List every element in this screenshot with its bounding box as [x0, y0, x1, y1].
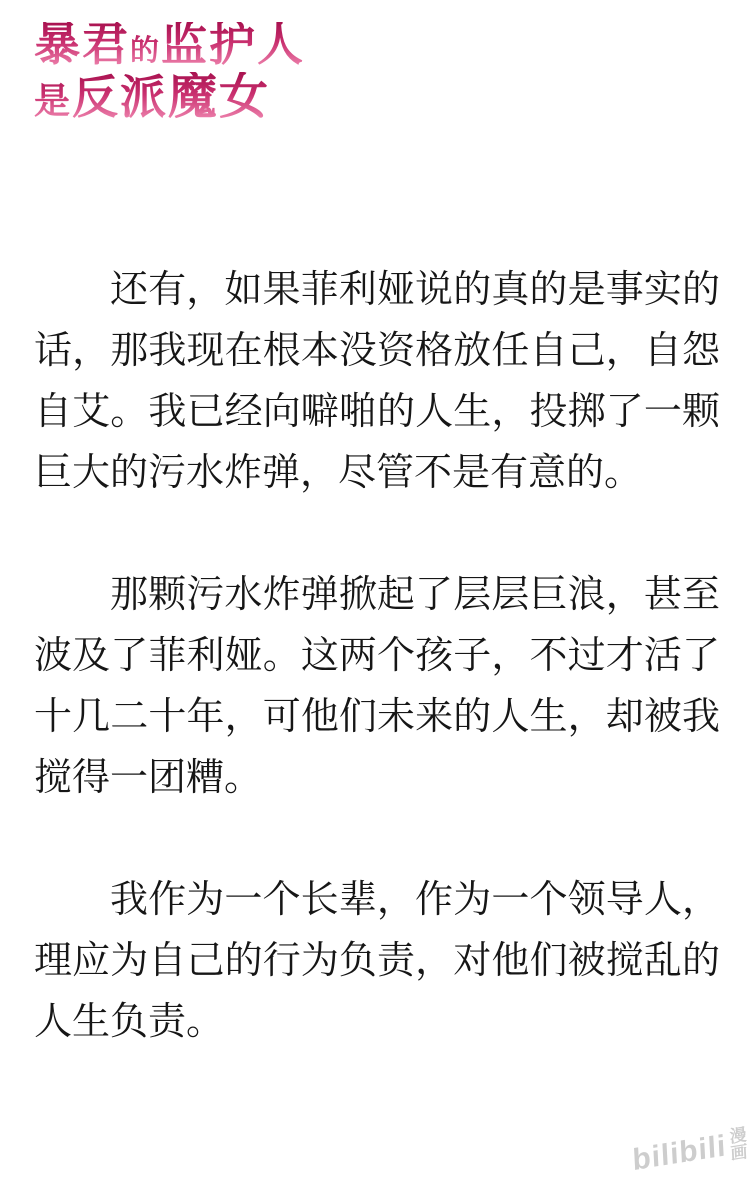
- bilibili-manga-watermark: bilibili 漫 画: [632, 1126, 748, 1178]
- story-text-block: 还有，如果菲利娅说的真的是事实的话，那我现在根本没资格放任自己，自怨自艾。我已经…: [0, 260, 754, 1053]
- story-paragraph: 我作为一个长辈，作为一个领导人，理应为自己的行为负责，对他们被搅乱的人生负责。: [34, 870, 720, 1053]
- manga-suffix-char: 画: [730, 1143, 748, 1163]
- comic-text-page: { "page": { "background": "#ffffff", "te…: [0, 0, 754, 1191]
- bilibili-logo-text: bilibili: [632, 1129, 727, 1178]
- logo-segment: 反派: [72, 72, 168, 123]
- logo-segment: 监护人: [161, 19, 305, 70]
- logo-segment: 的: [130, 35, 161, 67]
- manga-suffix-text: 漫 画: [730, 1126, 749, 1163]
- series-title-logo: 暴君的监护人 是反派魔女: [34, 22, 305, 121]
- story-paragraph: 还有，如果菲利娅说的真的是事实的话，那我现在根本没资格放任自己，自怨自艾。我已经…: [34, 260, 720, 504]
- series-title-line1: 暴君的监护人: [34, 22, 305, 68]
- logo-segment: 暴君: [34, 19, 130, 70]
- logo-segment: 是: [34, 81, 72, 121]
- story-paragraph: 那颗污水炸弹掀起了层层巨浪，甚至波及了菲利娅。这两个孩子，不过才活了十几二十年，…: [34, 565, 720, 809]
- series-title-line2: 是反派魔女: [34, 72, 305, 121]
- logo-segment: 魔女: [168, 69, 270, 124]
